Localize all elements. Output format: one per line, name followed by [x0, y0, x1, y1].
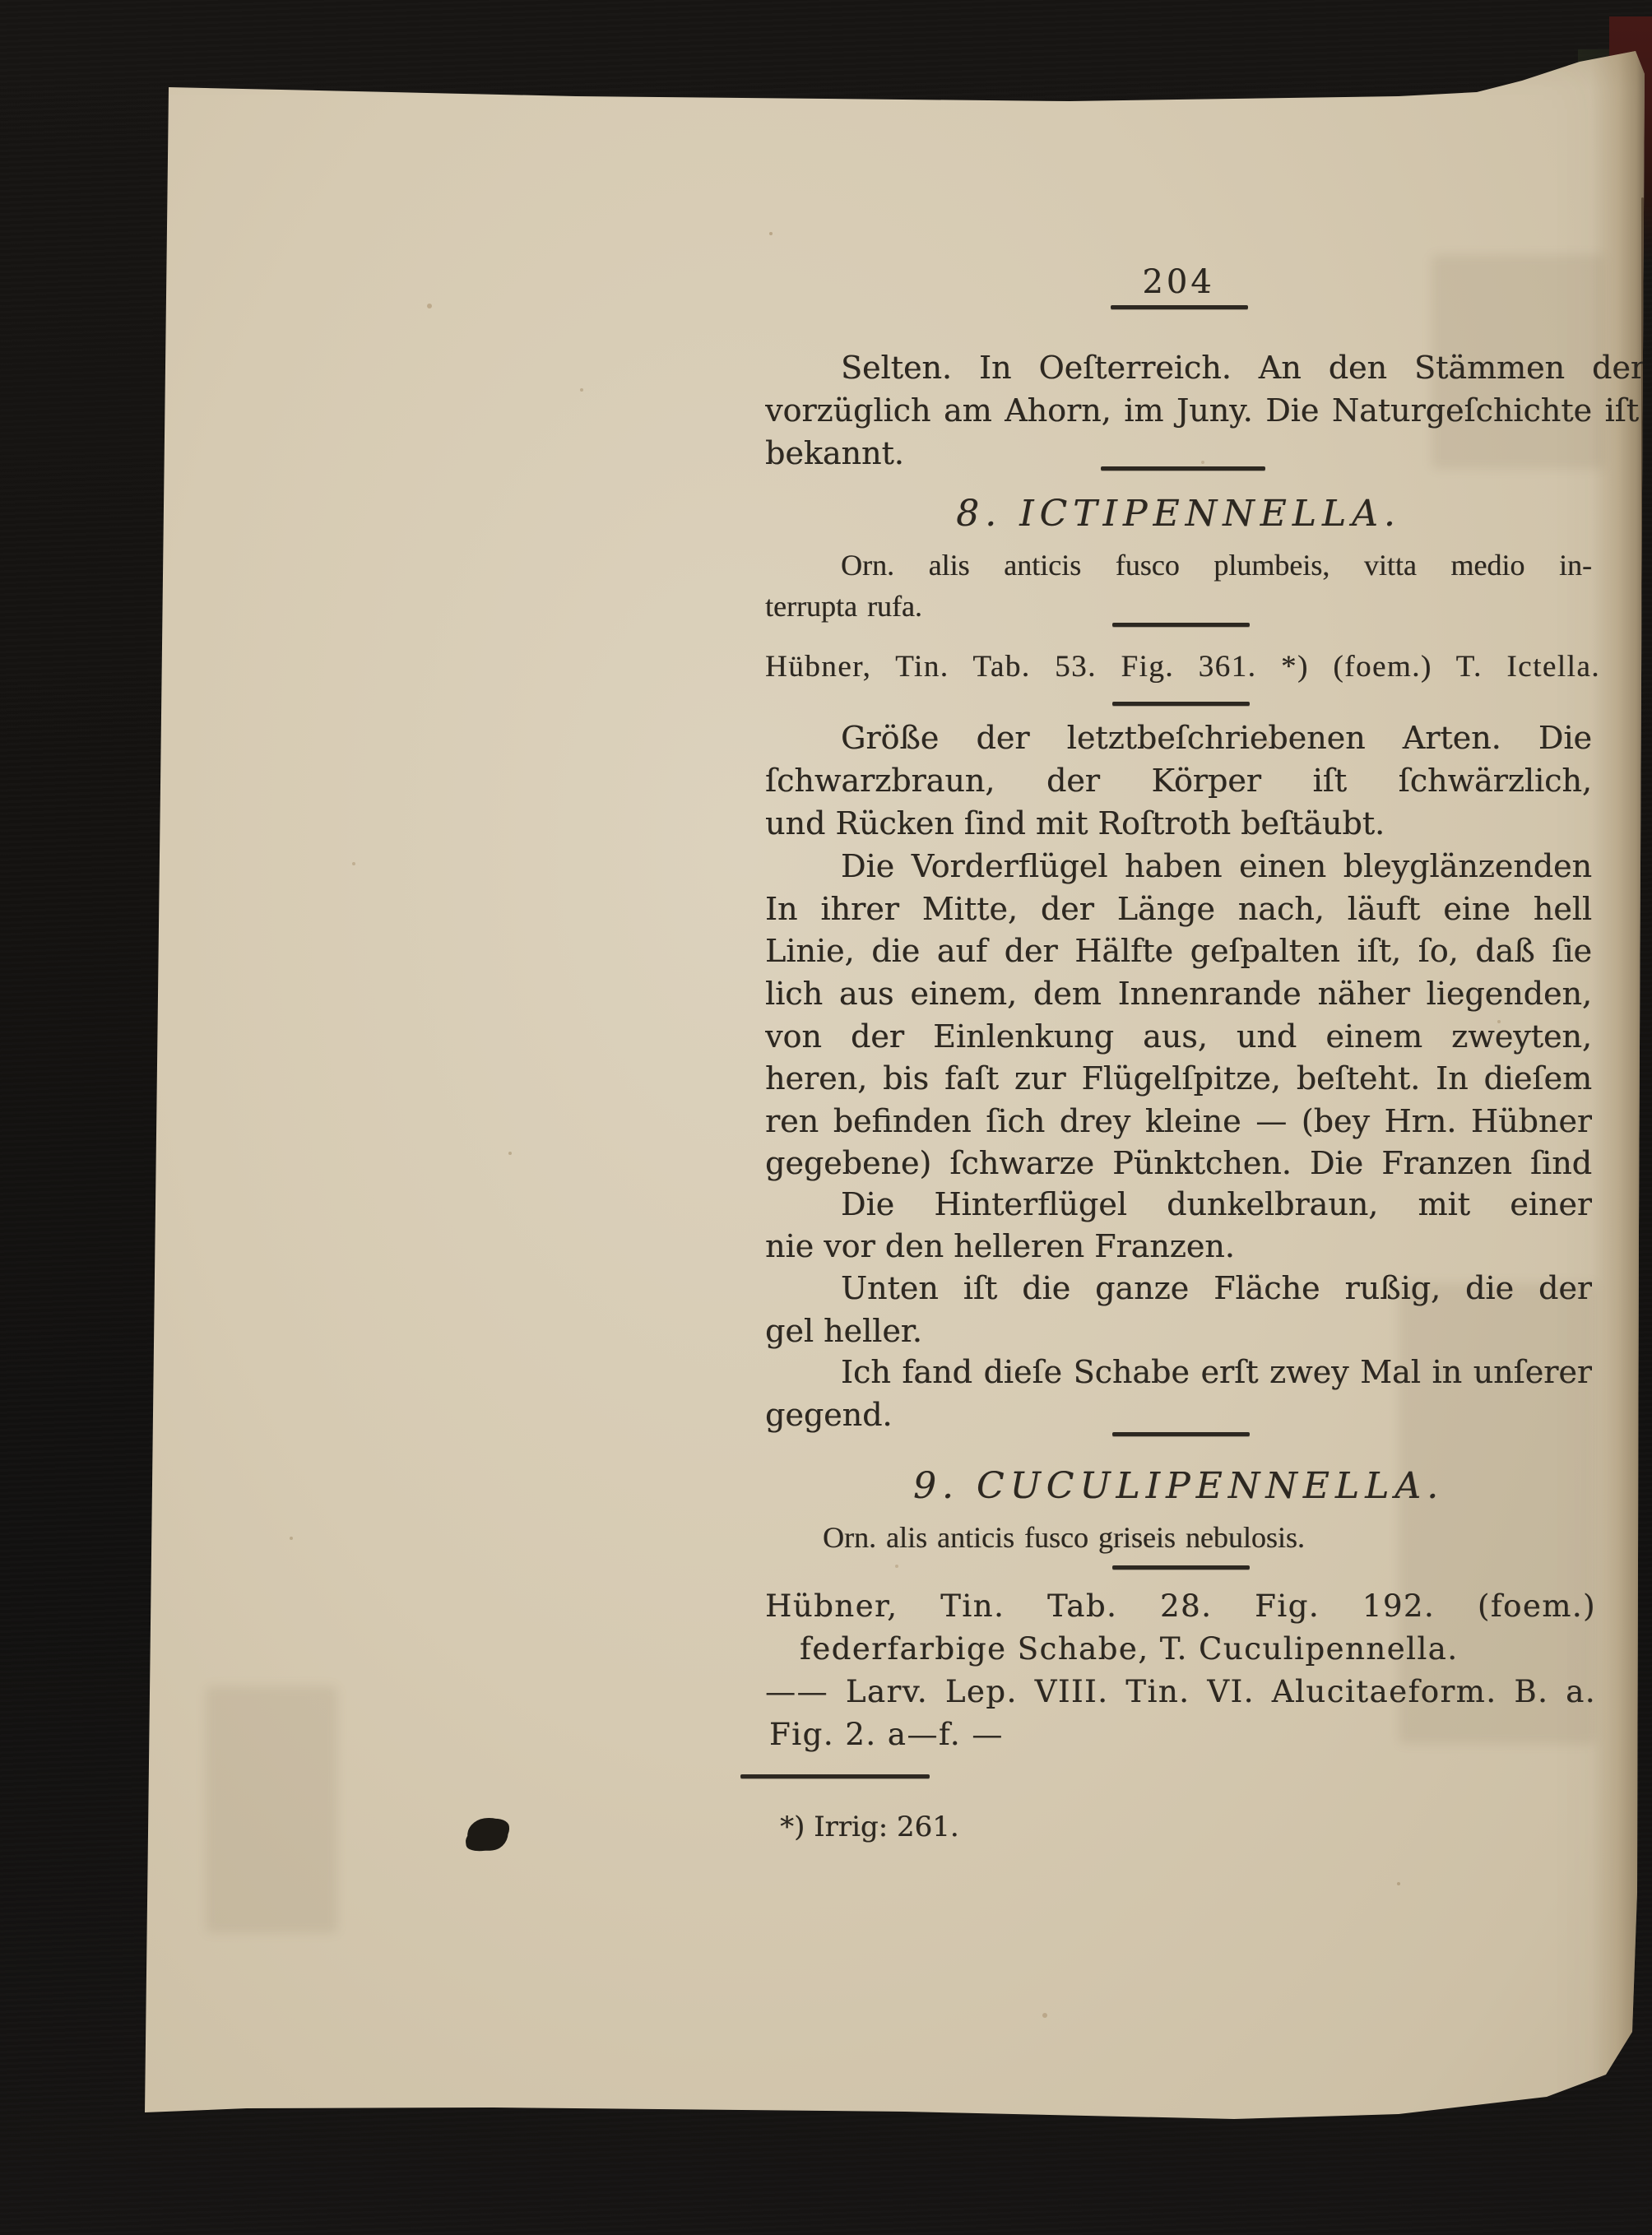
paragraph-line: Die Vorderflügel haben einen bleyglänzen…: [841, 847, 1592, 888]
section-heading-8: 8. ICTIPENNELLA.: [765, 495, 1592, 533]
separator-rule: [1112, 623, 1250, 627]
paragraph-line: Größe der letztbeſchriebenen Arten. Die …: [841, 719, 1592, 760]
separator-rule: [1101, 466, 1265, 471]
footnote-text: *) Irrig: 261.: [780, 1808, 959, 1846]
paper-edge-line: [1641, 197, 1644, 2073]
paragraph-line: ſchwarzbraun, der Körper iſt ſchwärzlich…: [765, 762, 1592, 803]
paragraph-line: Die Hinterflügel dunkelbraun, mit einer …: [841, 1185, 1592, 1226]
paragraph-line: gegebene) ſchwarze Pünktchen. Die Franze…: [765, 1144, 1592, 1185]
paper-specks: [0, 0, 3, 3]
section-heading-9: 9. CUCULIPENNELLA.: [765, 1468, 1592, 1505]
ink-blot: [465, 1815, 510, 1854]
paragraph-line: Unten iſt die ganze Fläche rußig, die de…: [841, 1269, 1592, 1310]
citation-line: Hübner, Tin. Tab. 53. Fig. 361. *) (foem…: [765, 648, 1600, 689]
section-number: 8.: [956, 493, 1002, 535]
paragraph-line: gel heller.: [765, 1312, 922, 1350]
citation-line: Fig. 2. a—f. —: [769, 1716, 1004, 1754]
paragraph-line: vorzüglich am Ahorn, im Juny. Die Naturg…: [765, 392, 1639, 433]
diagnosis-line: Orn. alis anticis fusco griseis nebulosi…: [823, 1519, 1305, 1556]
separator-rule: [1112, 702, 1250, 706]
paragraph-line: gegend.: [765, 1396, 893, 1434]
paragraph-line: Selten. In Oeſterreich. An den Stämmen d…: [841, 349, 1645, 390]
citation-line: Hübner, Tin. Tab. 28. Fig. 192. (foem.) …: [765, 1588, 1596, 1629]
page-number: 204: [765, 263, 1592, 301]
show-through-mark: [206, 1686, 337, 1933]
paragraph-line: Linie, die auf der Hälfte geſpalten iſt,…: [765, 932, 1592, 973]
footnote-rule: [740, 1774, 930, 1778]
diagnosis-line: Orn. alis anticis fusco plumbeis, vitta …: [841, 546, 1592, 587]
paragraph-line: lich aus einem, dem Innenrande näher lie…: [765, 975, 1592, 1016]
paragraph-line: von der Einlenkung aus, und einem zweyte…: [765, 1018, 1592, 1059]
separator-rule: [1112, 1565, 1250, 1570]
citation-line: —— Larv. Lep. VIII. Tin. VI. Alucitaefor…: [765, 1673, 1596, 1714]
citation-line: federfarbige Schabe, T. Cuculipennella.: [800, 1630, 1458, 1668]
section-number: 9.: [913, 1465, 959, 1507]
paragraph-line: und Rücken ſind mit Roſtroth beſtäubt.: [765, 805, 1385, 842]
paragraph-line: heren, bis faſt zur Flügelſpitze, beſteh…: [765, 1060, 1592, 1101]
paragraph-line: bekannt.: [765, 434, 904, 472]
section-title: CUCULIPENNELLA.: [977, 1465, 1444, 1507]
paragraph-line: In ihrer Mitte, der Länge nach, läuft ei…: [765, 890, 1592, 931]
page-scan: 204 Selten. In Oeſterreich. An den Stämm…: [0, 0, 1652, 2235]
section-title: ICTIPENNELLA.: [1019, 493, 1401, 535]
diagnosis-line: terrupta rufa.: [765, 587, 922, 625]
page-number-underline: [1111, 305, 1248, 309]
paragraph-line: nie vor den helleren Franzen.: [765, 1227, 1235, 1265]
scanned-book-photo: 204 Selten. In Oeſterreich. An den Stämm…: [0, 0, 1652, 2235]
separator-rule: [1112, 1432, 1250, 1436]
paragraph-line: Ich fand dieſe Schabe erſt zwey Mal in u…: [841, 1353, 1592, 1394]
paragraph-line: ren befinden ſich drey kleine — (bey Hrn…: [765, 1102, 1592, 1143]
